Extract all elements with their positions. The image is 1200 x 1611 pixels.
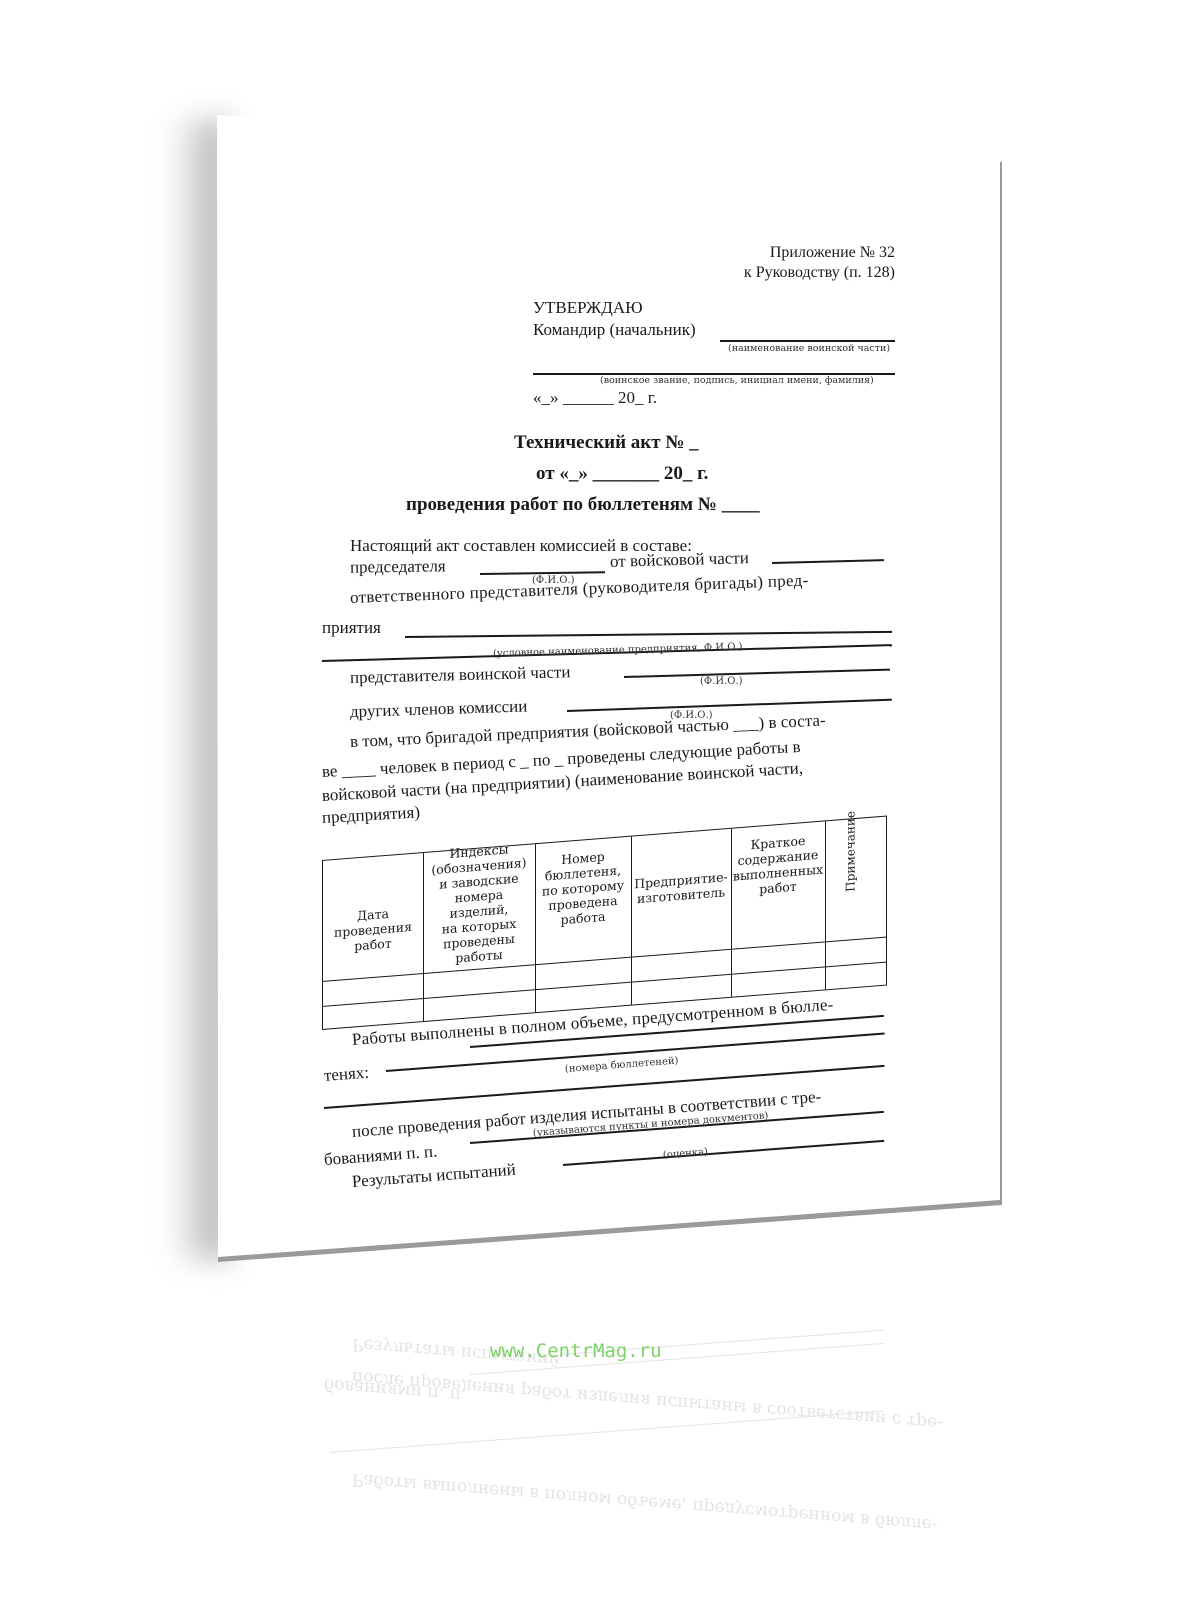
act-subject: проведения работ по бюллетеням № ____: [406, 494, 760, 516]
product-image: Приложение № 32 к Руководству (п. 128) У…: [0, 0, 1200, 1611]
approve-label: УТВЕРЖДАЮ: [533, 298, 643, 318]
watermark: www.CentrMag.ru: [490, 1340, 662, 1362]
act-title: Технический акт № _: [514, 432, 699, 454]
commander-unit-line: [720, 340, 895, 342]
appendix-line-1: Приложение № 32: [755, 244, 895, 262]
sheet-reflection: Результаты испытаний бованиями п. п. пос…: [0, 1262, 1200, 1611]
appendix-line-2: к Руководству (п. 128): [710, 264, 895, 282]
responsible-rep-cont: приятия: [322, 618, 381, 638]
completed-line-2: тенях:: [323, 1063, 369, 1086]
header-bulletin: Номербюллетеня,по которомупроведенаработ…: [535, 847, 631, 930]
header-summary: Краткоесодержаниевыполненныхработ: [731, 831, 825, 898]
chairman-unit-label: от войсковой части: [610, 548, 749, 572]
act-date: от «_» _______ 20_ г.: [536, 463, 708, 485]
approval-date: «_» ______ 20_ г.: [533, 388, 657, 408]
header-manufacturer: Предприятие-изготовитель: [631, 869, 731, 907]
header-note: Примечание: [843, 810, 857, 892]
unit-rep-fio-hint: (Ф.И.О.): [700, 676, 743, 687]
header-date: Датапроведенияработ: [323, 903, 423, 956]
unit-hint: (наименование воинской части): [728, 343, 890, 354]
works-table: Датапроведенияработ Индексы(обозначения)…: [322, 765, 892, 1035]
signature-hint: (воинское звание, подпись, инициал имени…: [600, 375, 874, 386]
chairman-label: председателя: [350, 556, 446, 577]
header-indexes: Индексы(обозначения)и заводскиеномераизд…: [423, 839, 535, 968]
commander-label: Командир (начальник): [533, 320, 696, 340]
